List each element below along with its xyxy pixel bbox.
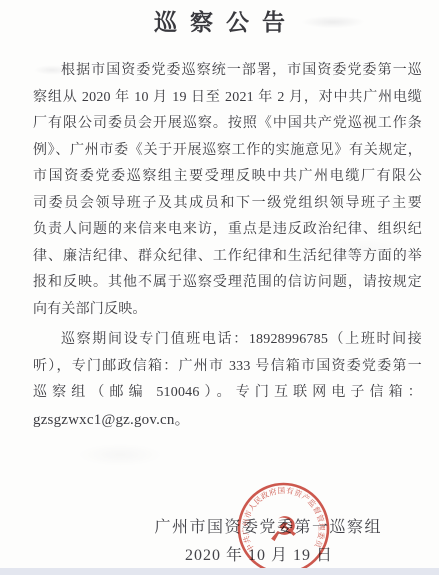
body-line: 根据市国资委党委巡察统一部署，市国资委党委第一巡 xyxy=(33,58,422,85)
body-line: 报和反映。其他不属于巡察受理范围的信访问题，请按规定 xyxy=(33,270,422,297)
scanned-document-page: 巡察公告 根据市国资委党委巡察统一部署，市国资委党委第一巡 察组从 2020 年… xyxy=(0,0,439,575)
scanner-edge-artifact xyxy=(0,568,439,575)
body-line: 察组从 2020 年 10 月 19 日至 2021 年 2 月，对中共广州电缆 xyxy=(33,85,422,112)
body-line: 例》、广州市委《关于开展巡察工作的实施意见》有关规定， xyxy=(33,138,422,165)
body-line: 厂有限公司委员会开展巡察。按照《中国共产党巡视工作条 xyxy=(33,111,422,138)
hammer-sickle-icon: ☭ xyxy=(268,510,298,550)
body-line: 向有关部门反映。 xyxy=(33,297,422,324)
body-line: 律、廉洁纪律、群众纪律、工作纪律和生活纪律等方面的举 xyxy=(33,244,422,271)
paragraph-scope: 根据市国资委党委巡察统一部署，市国资委党委第一巡 察组从 2020 年 10 月… xyxy=(33,58,422,323)
paragraph-contact: 巡察期间设专门值班电话：18928996785（上班时间接 听），专门邮政信箱：… xyxy=(33,327,422,433)
body-line: 负责人问题的来信来电来访，重点是违反政治纪律、组织纪 xyxy=(33,217,422,244)
document-body: 根据市国资委党委巡察统一部署，市国资委党委第一巡 察组从 2020 年 10 月… xyxy=(33,58,422,433)
body-line-pobox: 听），专门邮政信箱：广州市 333 号信箱市国资委党委第一 xyxy=(33,354,422,381)
body-line: 市国资委党委巡察组主要受理反映中共广州电缆厂有限公 xyxy=(33,164,422,191)
official-seal-stamp: 中共广州市人民政府国有资产监督管理委员会委员会 ☭ xyxy=(236,481,331,575)
body-line-postcode: 巡察组（邮编 510046）。专门互联网电子信箱： xyxy=(33,380,422,407)
body-line: 司委员会领导班子及其成员和下一级党组织领导班子主要 xyxy=(33,191,422,218)
document-title: 巡察公告 xyxy=(0,0,439,37)
body-line-email: gzsgzwxc1@gz.gov.cn。 xyxy=(33,407,422,434)
body-line-phone: 巡察期间设专门值班电话：18928996785（上班时间接 xyxy=(33,327,422,354)
